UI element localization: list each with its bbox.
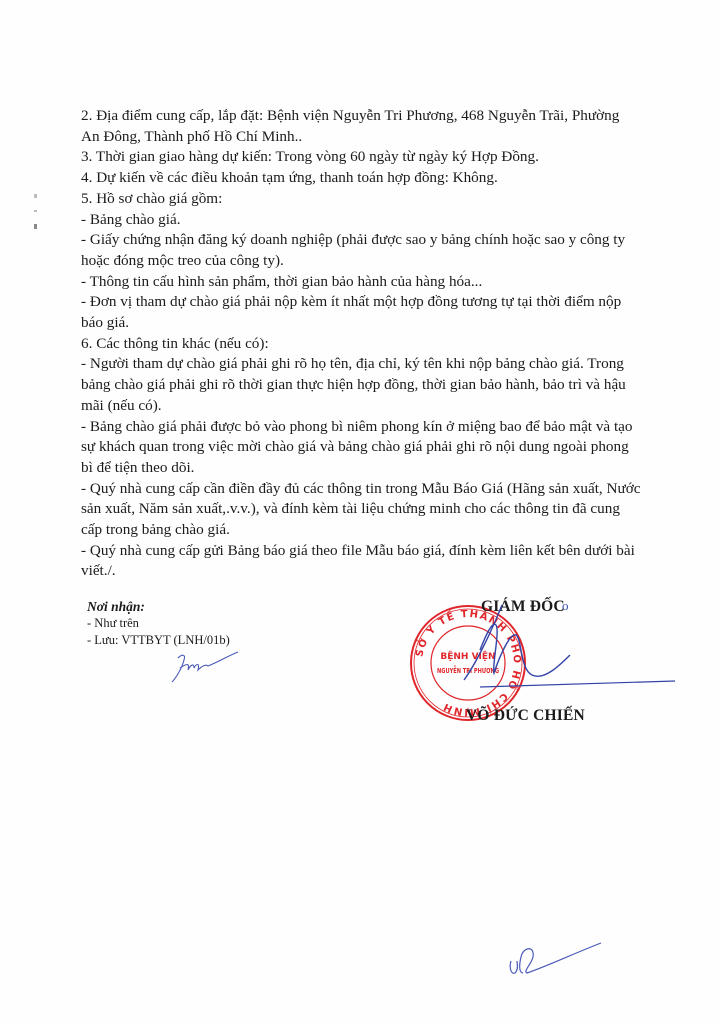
document-line: - Đơn vị tham dự chào giá phải nộp kèm í… [81, 292, 661, 313]
recipients-block: Nơi nhận: - Như trên - Lưu: VTTBYT (LNH/… [87, 598, 230, 649]
document-body: 2. Địa điểm cung cấp, lắp đặt: Bệnh viện… [81, 106, 661, 582]
document-line: An Đông, Thành phố Hồ Chí Minh.. [81, 127, 661, 148]
document-line: hoặc đóng mộc treo của công ty). [81, 251, 661, 272]
document-line: bảng chào giá phải ghi rõ thời gian thực… [81, 375, 661, 396]
document-line: sự khách quan trong việc mời chào giá và… [81, 437, 661, 458]
page-initial-signature [505, 935, 605, 980]
document-line: mãi (nếu có). [81, 396, 661, 417]
document-line: sản xuất, Năm sản xuất,.v.v.), và đính k… [81, 499, 661, 520]
document-line: - Bảng chào giá. [81, 210, 661, 231]
recipient-item: - Như trên [87, 615, 230, 632]
initial-signature [168, 646, 240, 686]
document-line: - Quý nhà cung cấp gửi Bảng báo giá theo… [81, 541, 661, 562]
document-line: - Thông tin cấu hình sản phẩm, thời gian… [81, 272, 661, 293]
document-line: - Bảng chào giá phải được bỏ vào phong b… [81, 417, 661, 438]
document-line: cấp trong bảng chào giá. [81, 520, 661, 541]
document-line: viết./. [81, 561, 661, 582]
document-line: - Giấy chứng nhận đăng ký doanh nghiệp (… [81, 230, 661, 251]
document-page: 2. Địa điểm cung cấp, lắp đặt: Bệnh viện… [0, 0, 722, 1024]
director-signature [420, 595, 680, 705]
director-name: VÕ ĐỨC CHIẾN [466, 707, 585, 725]
document-line: 4. Dự kiến về các điều khoản tạm ứng, th… [81, 168, 661, 189]
document-line: báo giá. [81, 313, 661, 334]
document-line: 3. Thời gian giao hàng dự kiến: Trong vò… [81, 147, 661, 168]
margin-scan-marks [34, 194, 42, 234]
document-line: - Người tham dự chào giá phải ghi rõ họ … [81, 354, 661, 375]
document-line: bì để tiện theo dõi. [81, 458, 661, 479]
document-line: 5. Hồ sơ chào giá gồm: [81, 189, 661, 210]
document-line: - Quý nhà cung cấp cần điền đầy đủ các t… [81, 479, 661, 500]
document-line: 2. Địa điểm cung cấp, lắp đặt: Bệnh viện… [81, 106, 661, 127]
recipients-title: Nơi nhận: [87, 598, 230, 615]
document-line: 6. Các thông tin khác (nếu có): [81, 334, 661, 355]
